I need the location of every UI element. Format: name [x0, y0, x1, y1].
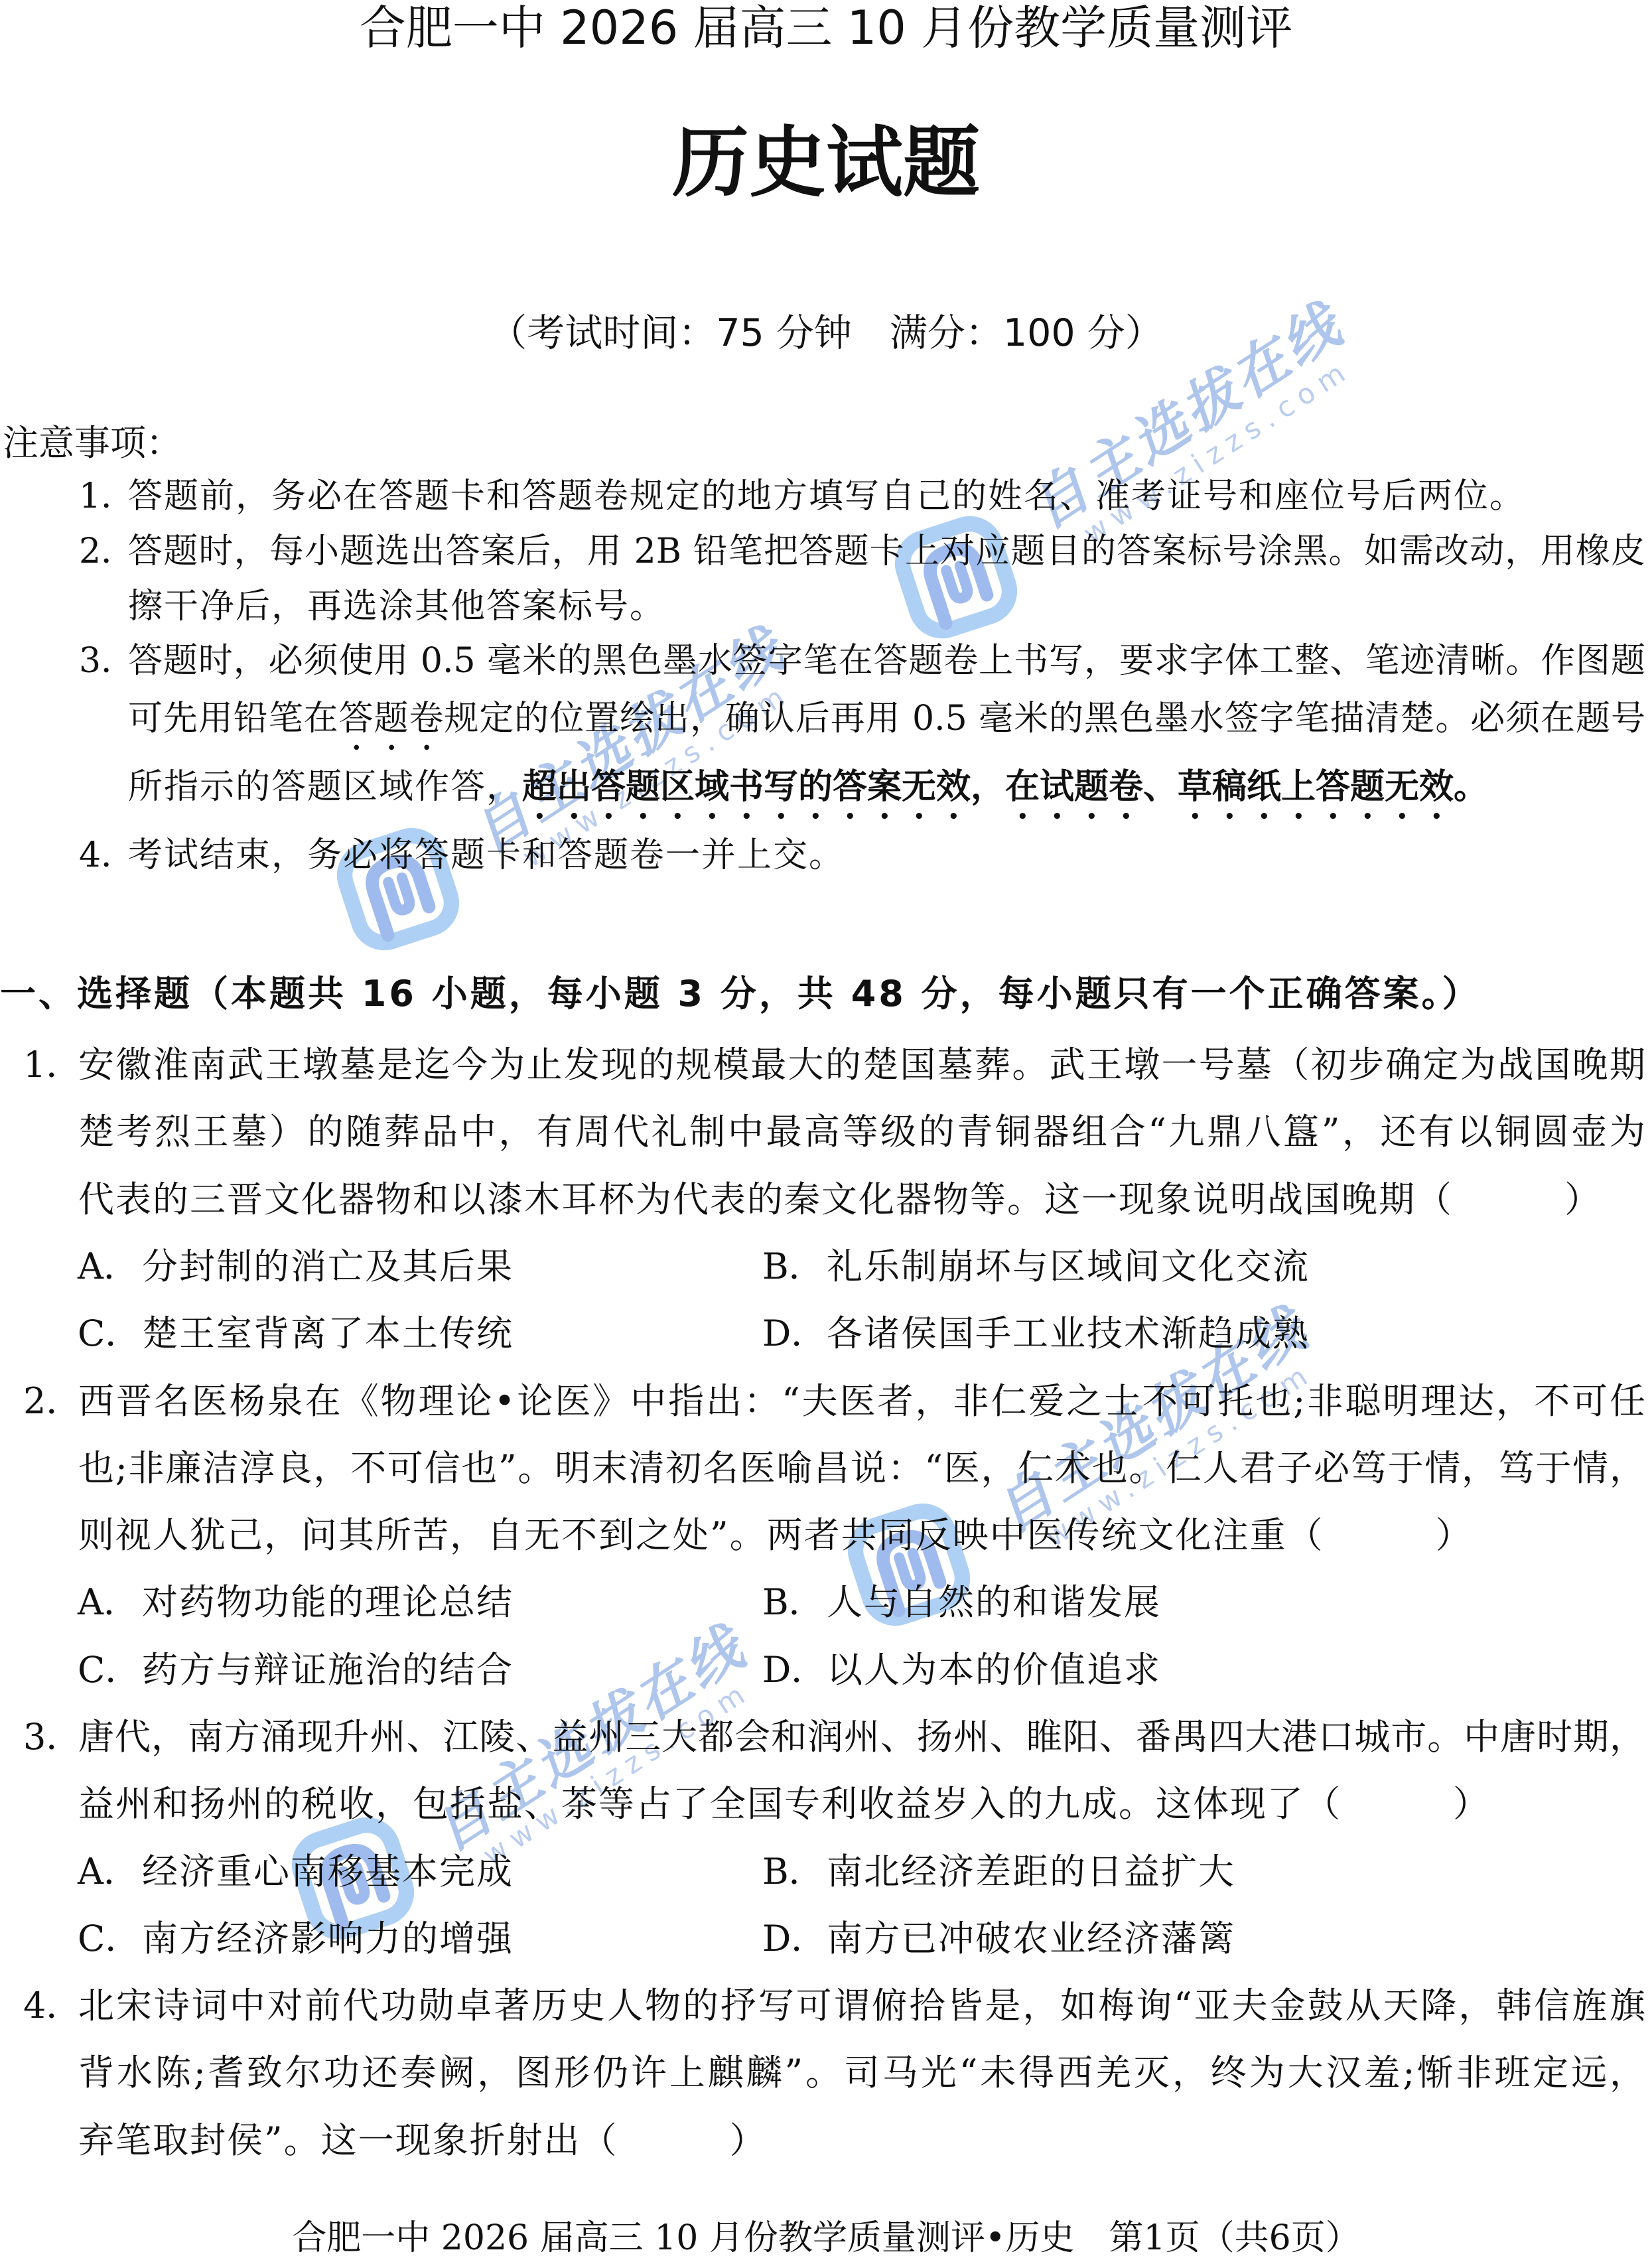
- option-label: D．: [762, 1906, 827, 1972]
- option-label: D．: [762, 1301, 827, 1367]
- option-text: 礼乐制崩坏与区域间文化交流: [827, 1245, 1310, 1287]
- option-d: D．各诸侯国手工业技术渐趋成熟: [762, 1301, 1310, 1367]
- option-label: B．: [762, 1234, 827, 1300]
- question-stem-line: 则视人犹己，问其所苦，自无不到之处”。两者共同反映中医传统文化注重（ ）: [78, 1502, 1645, 1569]
- subject-title: 历史试题: [0, 116, 1652, 209]
- option-label: B．: [762, 1839, 827, 1905]
- question-stem-line: 也;非廉洁淳良，不可信也”。明末清初名医喻昌说：“医，仁术也。仁人君子必笃于情，…: [78, 1435, 1645, 1502]
- question-stem-line: 益州和扬州的税收，包括盐、茶等占了全国专利收益岁入的九成。这体现了（ ）: [78, 1771, 1645, 1837]
- option-text: 南方经济影响力的增强: [142, 1918, 514, 1959]
- option-label: A．: [78, 1839, 142, 1905]
- question-stem-line: 楚考烈王墓）的随葬品中，有周代礼制中最高等级的青铜器组合“九鼎八簋”，还有以铜圆…: [78, 1099, 1645, 1165]
- option-label: D．: [762, 1637, 827, 1703]
- exam-time-and-score: （考试时间：75 分钟 满分：100 分）: [0, 310, 1652, 356]
- option-text: 各诸侯国手工业技术渐趋成熟: [827, 1312, 1310, 1354]
- question-number: 4．: [23, 1973, 82, 2039]
- note-line: 考试结束，务必将答题卡和答题卷一并上交。: [128, 829, 1645, 882]
- question-stem-line: 唐代，南方涌现升州、江陵、益州三大都会和润州、扬州、睢阳、番禺四大港口城市。中唐…: [78, 1704, 1645, 1770]
- question-number: 1．: [23, 1032, 82, 1098]
- note-line: 答题前，务必在答题卡和答题卷规定的地方填写自己的姓名、准考证号和座位号后两位。: [128, 470, 1645, 523]
- option-a: A．对药物功能的理论总结: [78, 1569, 514, 1636]
- question-stem-line: 安徽淮南武王墩墓是迄今为止发现的规模最大的楚国墓葬。武王墩一号墓（初步确定为战国…: [78, 1032, 1645, 1098]
- note-text: 所指示的答题区域作答，: [128, 767, 522, 807]
- question-stem-line: 北宋诗词中对前代功勋卓著历史人物的抒写可谓俯拾皆是，如梅询“亚夫金鼓从天降，韩信…: [78, 1973, 1645, 2039]
- note-line: 擦干净后，再选涂其他答案标号。: [128, 580, 1645, 633]
- option-b: B．礼乐制崩坏与区域间文化交流: [762, 1234, 1310, 1300]
- option-label: C．: [78, 1637, 142, 1703]
- option-text: 以人为本的价值追求: [827, 1649, 1161, 1691]
- option-a: A．分封制的消亡及其后果: [78, 1234, 514, 1300]
- school-exam-title: 合肥一中 2026 届高三 10 月份教学质量测评: [0, 0, 1652, 56]
- bold-emphasized-warning: 超出答题区域书写的答案无效，在试题卷、草稿纸上答题无效。: [522, 767, 1488, 807]
- note-line: 答题时，必须使用 0.5 毫米的黑色墨水签字笔在答题卷上书写，要求字体工整、笔迹…: [128, 634, 1645, 687]
- option-c: C．药方与辩证施治的结合: [78, 1637, 514, 1703]
- option-label: C．: [78, 1906, 142, 1972]
- option-label: A．: [78, 1234, 142, 1300]
- option-text: 楚王室背离了本土传统: [142, 1312, 514, 1354]
- note-text: 规定的位置绘出，确认后再用 0.5 毫米的黑色墨水签字笔描清楚。必须在题号: [444, 699, 1645, 739]
- question-stem-line: 弃笔取封侯”。这一现象折射出（ ）: [78, 2107, 1645, 2174]
- question-stem-line: 背水陈;耆致尔功还奏阙，图形仍许上麒麟”。司马光“未得西羌灭，终为大汉羞;惭非班…: [78, 2040, 1645, 2106]
- question-number: 3．: [23, 1704, 82, 1770]
- note-number: 2．: [79, 525, 135, 578]
- emphasized-text: 答题卷: [339, 699, 445, 739]
- option-text: 南北经济差距的日益扩大: [827, 1851, 1235, 1892]
- option-b: B．南北经济差距的日益扩大: [762, 1839, 1235, 1905]
- note-number: 4．: [79, 829, 135, 882]
- option-text: 经济重心南移基本完成: [142, 1851, 514, 1892]
- page-footer: 合肥一中 2026 届高三 10 月份教学质量测评•历史 第1页（共6页）: [0, 2215, 1652, 2261]
- note-line: 答题时，每小题选出答案后，用 2B 铅笔把答题卡上对应题目的答案标号涂黑。如需改…: [128, 525, 1645, 578]
- option-text: 分封制的消亡及其后果: [142, 1245, 514, 1287]
- note-number: 1．: [79, 470, 135, 523]
- option-label: A．: [78, 1569, 142, 1636]
- option-b: B．人与自然的和谐发展: [762, 1569, 1161, 1636]
- note-text: 可先用铅笔在: [128, 699, 339, 739]
- note-line: 所指示的答题区域作答，超出答题区域书写的答案无效，在试题卷、草稿纸上答题无效。: [128, 760, 1645, 827]
- option-text: 南方已冲破农业经济藩篱: [827, 1918, 1235, 1959]
- notes-heading: 注意事项：: [3, 420, 182, 466]
- option-c: C．楚王室背离了本土传统: [78, 1301, 514, 1367]
- option-text: 对药物功能的理论总结: [142, 1581, 514, 1623]
- option-label: B．: [762, 1569, 827, 1636]
- option-text: 人与自然的和谐发展: [827, 1581, 1161, 1623]
- section-heading: 一、选择题（本题共 16 小题，每小题 3 分，共 48 分，每小题只有一个正确…: [0, 967, 1481, 1021]
- option-c: C．南方经济影响力的增强: [78, 1906, 514, 1972]
- option-d: D．南方已冲破农业经济藩篱: [762, 1906, 1235, 1972]
- option-text: 药方与辩证施治的结合: [142, 1649, 514, 1691]
- option-d: D．以人为本的价值追求: [762, 1637, 1161, 1703]
- question-stem-line: 西晋名医杨泉在《物理论•论医》中指出：“夫医者，非仁爱之士不可托也;非聪明理达，…: [78, 1368, 1645, 1435]
- question-number: 2．: [23, 1368, 82, 1435]
- note-number: 3．: [79, 634, 135, 687]
- option-a: A．经济重心南移基本完成: [78, 1839, 514, 1905]
- question-stem-line: 代表的三晋文化器物和以漆木耳杯为代表的秦文化器物等。这一现象说明战国晚期（ ）: [78, 1166, 1645, 1233]
- option-label: C．: [78, 1301, 142, 1367]
- note-line: 可先用铅笔在答题卷规定的位置绘出，确认后再用 0.5 毫米的黑色墨水签字笔描清楚…: [128, 692, 1645, 758]
